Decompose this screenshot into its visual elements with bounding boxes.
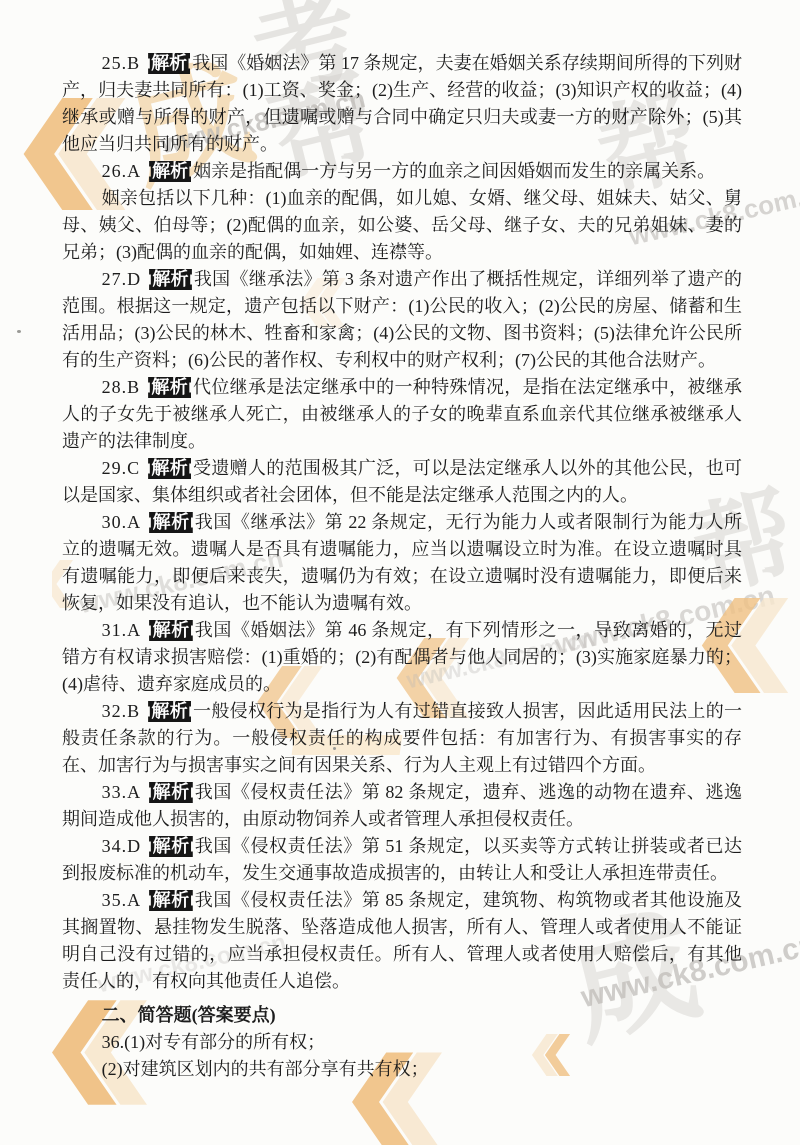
answer-item: 28.B解析代位继承是法定继承中的一种特殊情况，是指在法定继承中，被继承人的子女… bbox=[62, 374, 742, 455]
answer-number: 34.D bbox=[102, 836, 142, 856]
short-answer-item: 36.(1)对专有部分的所有权； bbox=[62, 1029, 742, 1056]
short-answer-item: (2)对建筑区划内的共有部分享有共有权； bbox=[62, 1056, 742, 1083]
answer-item: 34.D解析我国《侵权责任法》第 51 条规定，以买卖等方式转让拼装或者已达到报… bbox=[62, 833, 742, 887]
analysis-tag: 解析 bbox=[148, 377, 191, 398]
answer-item-continued: 姻亲包括以下几种：(1)血亲的配偶，如儿媳、女婿、继父母、姐妹夫、姑父、舅母、姨… bbox=[62, 185, 742, 266]
answer-number: 35.A bbox=[102, 890, 142, 910]
analysis-tag: 解析 bbox=[149, 269, 192, 290]
short-answer-list: 36.(1)对专有部分的所有权；(2)对建筑区划内的共有部分享有共有权； bbox=[62, 1029, 742, 1083]
answer-number: 32.B bbox=[102, 701, 141, 721]
answer-item: 25.B解析我国《婚姻法》第 17 条规定，夫妻在婚姻关系存续期间所得的下列财产… bbox=[62, 50, 742, 158]
answer-item: 26.A解析姻亲是指配偶一方与另一方的血亲之间因婚姻而发生的亲属关系。 bbox=[62, 158, 742, 185]
answers-list: 25.B解析我国《婚姻法》第 17 条规定，夫妻在婚姻关系存续期间所得的下列财产… bbox=[62, 50, 742, 995]
answer-number: 27.D bbox=[102, 269, 142, 289]
analysis-tag: 解析 bbox=[149, 782, 193, 803]
analysis-tag: 解析 bbox=[149, 161, 191, 182]
analysis-tag: 解析 bbox=[149, 512, 193, 533]
answer-item: 27.D解析我国《继承法》第 3 条对遗产作出了概括性规定，详细列举了遗产的范围… bbox=[62, 266, 742, 374]
scanned-page: 成 考 帮 www.ck8.com.cn 帮 www.ck8.com.cn ww… bbox=[0, 0, 800, 1145]
answer-number: 26.A bbox=[102, 161, 142, 181]
analysis-tag: 解析 bbox=[149, 620, 193, 641]
answer-number: 31.A bbox=[102, 620, 142, 640]
answer-key-content: 25.B解析我国《婚姻法》第 17 条规定，夫妻在婚姻关系存续期间所得的下列财产… bbox=[62, 50, 742, 1083]
analysis-tag: 解析 bbox=[148, 701, 191, 722]
answer-number: 30.A bbox=[102, 512, 142, 532]
answer-item: 35.A解析我国《侵权责任法》第 85 条规定，建筑物、构筑物或者其他设施及其搁… bbox=[62, 887, 742, 995]
section-heading: 二、简答题(答案要点) bbox=[62, 1002, 742, 1029]
analysis-tag: 解析 bbox=[148, 458, 191, 479]
answer-text: 姻亲是指配偶一方与另一方的血亲之间因婚姻而发生的亲属关系。 bbox=[193, 161, 715, 181]
scan-speck bbox=[17, 330, 21, 333]
answer-number: 28.B bbox=[102, 377, 141, 397]
answer-number: 33.A bbox=[102, 782, 142, 802]
answer-item: 29.C解析受遗赠人的范围极其广泛，可以是法定继承人以外的其他公民，也可以是国家… bbox=[62, 455, 742, 509]
answer-item: 33.A解析我国《侵权责任法》第 82 条规定，遗弃、逃逸的动物在遗弃、逃逸期间… bbox=[62, 779, 742, 833]
answer-number: 29.C bbox=[102, 458, 141, 478]
analysis-tag: 解析 bbox=[149, 890, 193, 911]
answer-number: 25.B bbox=[102, 53, 141, 73]
analysis-tag: 解析 bbox=[148, 53, 190, 74]
answer-item: 30.A解析我国《继承法》第 22 条规定，无行为能力人或者限制行为能力人所立的… bbox=[62, 509, 742, 617]
analysis-tag: 解析 bbox=[149, 836, 193, 857]
answer-item: 31.A解析我国《婚姻法》第 46 条规定，有下列情形之一，导致离婚的，无过错方… bbox=[62, 617, 742, 698]
answer-item: 32.B解析一般侵权行为是指行为人有过错直接致人损害，因此适用民法上的一般责任条… bbox=[62, 698, 742, 779]
